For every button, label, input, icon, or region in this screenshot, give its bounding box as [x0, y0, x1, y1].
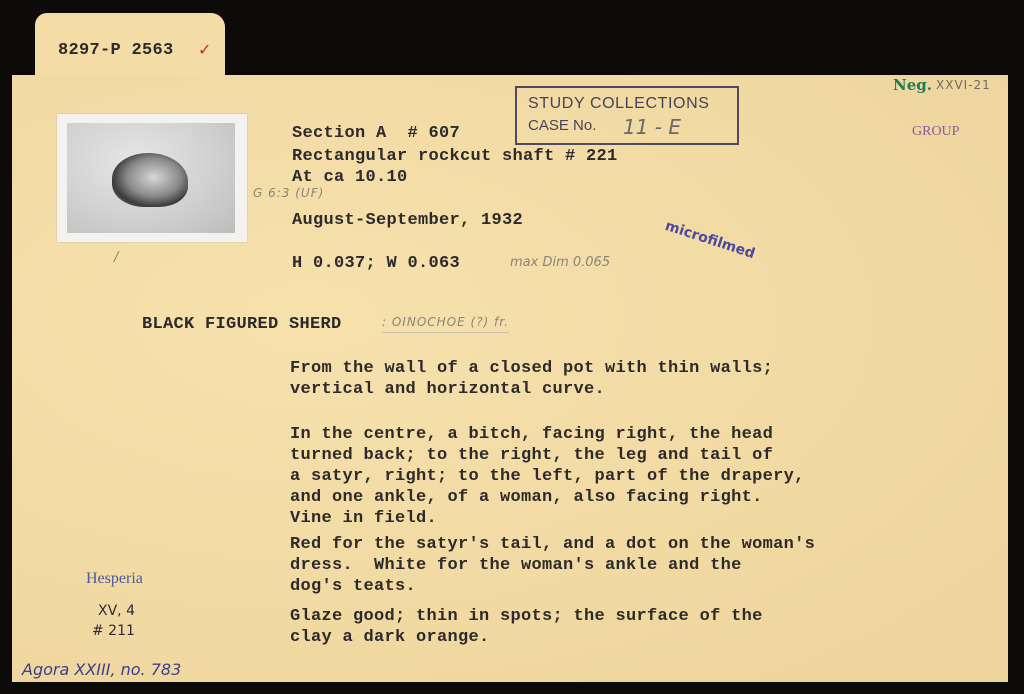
study-collections-stamp: STUDY COLLECTIONS CASE No. 11 - E	[515, 86, 739, 145]
section-line: Section A # 607	[292, 123, 460, 144]
description-paragraph-1: From the wall of a closed pot with thin …	[290, 358, 773, 400]
publication-number: # 211	[92, 623, 135, 639]
tab-notch-left	[12, 13, 35, 71]
context-line: Rectangular rockcut shaft # 221	[292, 146, 618, 167]
desc-line: In the centre, a bitch, facing right, th…	[290, 425, 773, 444]
object-title: BLACK FIGURED SHERD	[142, 314, 342, 335]
desc-line: Red for the satyr's tail, and a dot on t…	[290, 535, 815, 554]
group-stamp: GROUP	[912, 124, 959, 140]
catalog-number: 8297-P 2563	[58, 40, 174, 61]
desc-line: vertical and horizontal curve.	[290, 380, 605, 399]
sherd-photo	[57, 114, 247, 242]
stamp-case-value: 11 - E	[623, 115, 681, 139]
negative-label: Neg.	[893, 76, 932, 94]
agora-reference: Agora XXIII, no. 783	[22, 660, 181, 679]
desc-line: Glaze good; thin in spots; the surface o…	[290, 607, 763, 626]
desc-line: clay a dark orange.	[290, 628, 490, 647]
description-paragraph-4: Glaze good; thin in spots; the surface o…	[290, 606, 763, 648]
tab-notch-right	[225, 13, 265, 75]
desc-line: turned back; to the right, the leg and t…	[290, 446, 773, 465]
photo-image	[67, 123, 235, 233]
stamp-case-label: CASE No.	[528, 117, 596, 134]
object-title-note: : OINOCHOE (?) fr.	[382, 315, 509, 333]
max-dim-note: max Dim 0.065	[510, 255, 610, 270]
date-line: August-September, 1932	[292, 210, 523, 231]
pencil-location-note: G 6:3 (UF)	[253, 186, 324, 200]
dimensions-line: H 0.037; W 0.063	[292, 253, 460, 274]
desc-line: a satyr, right; to the left, part of the…	[290, 467, 805, 486]
desc-line: From the wall of a closed pot with thin …	[290, 359, 773, 378]
desc-line: dog's teats.	[290, 577, 416, 596]
desc-line: dress. White for the woman's ankle and t…	[290, 556, 742, 575]
pencil-tick: /	[114, 250, 118, 265]
description-paragraph-2: In the centre, a bitch, facing right, th…	[290, 424, 805, 529]
check-mark-icon: ✓	[198, 40, 211, 59]
description-paragraph-3: Red for the satyr's tail, and a dot on t…	[290, 534, 815, 597]
sherd-image	[112, 153, 188, 207]
publication-journal: Hesperia	[86, 570, 143, 588]
publication-volume: XV, 4	[98, 603, 135, 619]
depth-line: At ca 10.10	[292, 167, 408, 188]
negative-number: XXVI-21	[936, 78, 991, 92]
desc-line: and one ankle, of a woman, also facing r…	[290, 488, 763, 507]
stamp-title: STUDY COLLECTIONS	[528, 95, 710, 113]
desc-line: Vine in field.	[290, 509, 437, 528]
